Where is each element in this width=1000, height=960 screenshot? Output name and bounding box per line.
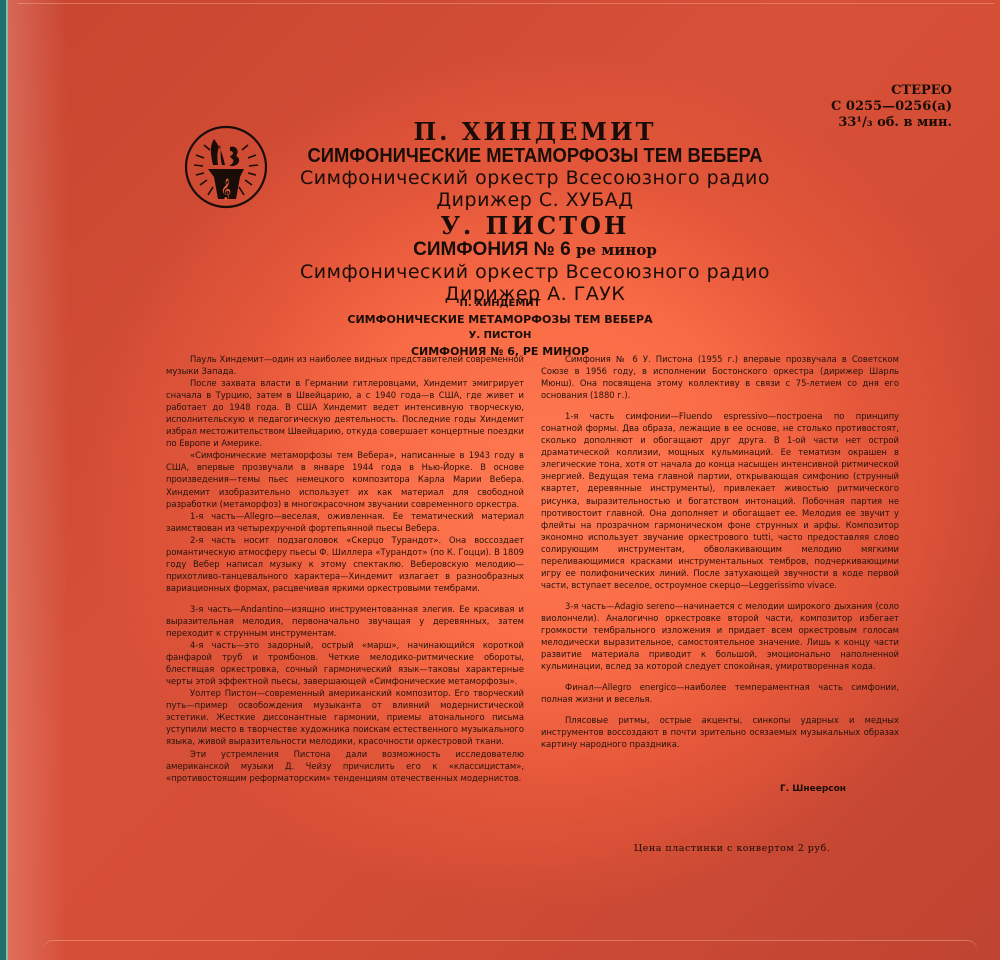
sub-composer-1: П. ХИНДЕМИТ — [300, 296, 700, 312]
paragraph: 3-я часть—Andantino—изящно инструментова… — [166, 603, 524, 639]
orchestra-2: Симфонический оркестр Всесоюзного радио — [230, 261, 840, 283]
paragraph: Уолтер Пистон—современный американский к… — [166, 687, 524, 747]
paragraph: 4-я часть—это задорный, острый «марш», н… — [166, 639, 524, 687]
notes-right-column: Симфония № 6 У. Пистона (1955 г.) впервы… — [541, 353, 899, 750]
composer-piston: У. ПИСТОН — [230, 213, 840, 239]
catalog-info: СТЕРЕО С 0255—0256(а) 33¹/₃ об. в мин. — [831, 83, 952, 131]
orchestra-1: Симфонический оркестр Всесоюзного радио — [230, 167, 840, 189]
paragraph: Финал—Allegro energico—наиболее темперам… — [541, 681, 899, 705]
paragraph: 2-я часть носит подзаголовок «Скерцо Тур… — [166, 534, 524, 594]
paragraph: 1-я часть—Allegro—веселая, оживленная. Е… — [166, 510, 524, 534]
sub-composer-2: У. ПИСТОН — [300, 328, 700, 344]
paragraph: 1-я часть симфонии—Fluendo espressivo—по… — [541, 410, 899, 591]
sleeve-fold — [43, 940, 977, 960]
composer-hindemith: П. ХИНДЕМИТ — [230, 119, 840, 145]
paragraph: После захвата власти в Германии гитлеров… — [166, 377, 524, 449]
price-note: Цена пластинки с конвертом 2 руб. — [634, 843, 830, 854]
author-signature: Г. Шнеерсон — [780, 784, 846, 794]
paragraph: Эти устремления Пистона дали возможность… — [166, 748, 524, 784]
paragraph: Симфония № 6 У. Пистона (1955 г.) впервы… — [541, 353, 899, 401]
work-piston-key: ре минор — [576, 241, 657, 259]
paragraph: 3-я часть—Adagio sereno—начинается с мел… — [541, 600, 899, 672]
title-block: П. ХИНДЕМИТ СИМФОНИЧЕСКИЕ МЕТАМОРФОЗЫ ТЕ… — [230, 119, 840, 305]
playback-speed: 33¹/₃ об. в мин. — [831, 115, 952, 131]
paragraph: «Симфонические метаморфозы тем Вебера», … — [166, 449, 524, 509]
catalog-number: С 0255—0256(а) — [831, 99, 952, 115]
format-label: СТЕРЕО — [831, 83, 952, 99]
sub-work-1: СИМФОНИЧЕСКИЕ МЕТАМОРФОЗЫ ТЕМ ВЕБЕРА — [300, 312, 700, 328]
conductor-1: Дирижер С. ХУБАД — [230, 189, 840, 211]
paragraph: Пауль Хиндемит—один из наиболее видных п… — [166, 353, 524, 377]
work-piston-title: СИМФОНИЯ № 6 — [413, 239, 571, 260]
notes-left-column: Пауль Хиндемит—один из наиболее видных п… — [166, 353, 524, 784]
paragraph: Плясовые ритмы, острые акценты, синкопы … — [541, 714, 899, 750]
subtitle-block: П. ХИНДЕМИТ СИМФОНИЧЕСКИЕ МЕТАМОРФОЗЫ ТЕ… — [300, 296, 700, 360]
work-piston: СИМФОНИЯ № 6 ре минор — [230, 239, 840, 261]
work-hindemith: СИМФОНИЧЕСКИЕ МЕТАМОРФОЗЫ ТЕМ ВЕБЕРА — [254, 145, 815, 167]
